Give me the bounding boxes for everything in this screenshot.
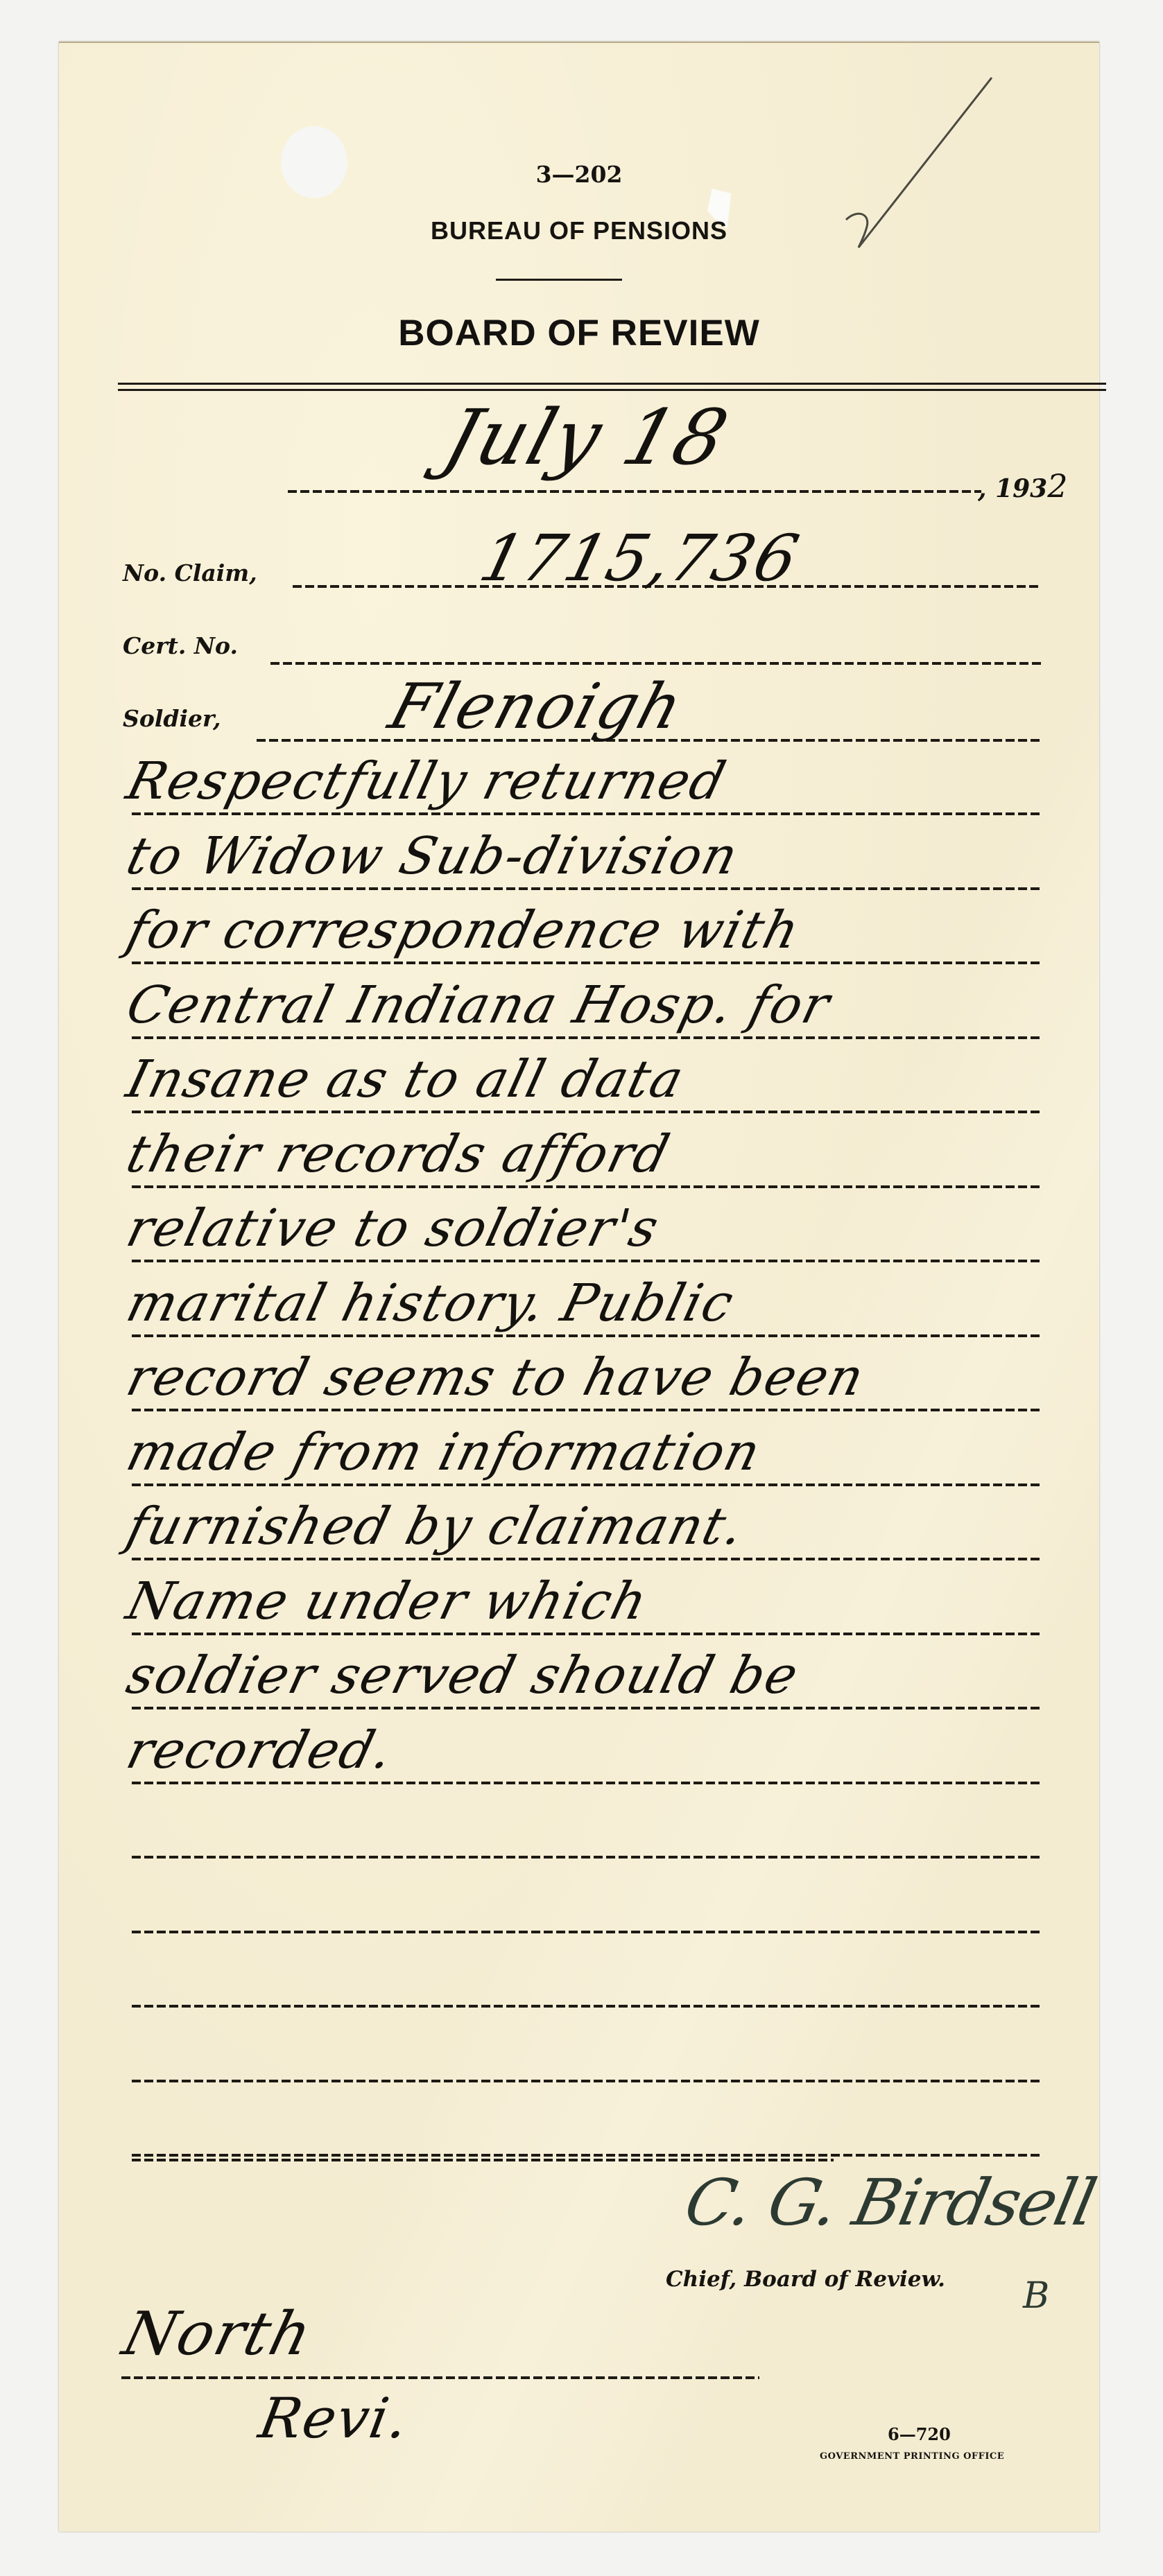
soldier-name-field[interactable]: Flenoigh xyxy=(381,670,691,743)
ruled-line xyxy=(132,812,1042,815)
footer-line xyxy=(121,2376,759,2379)
ruled-line xyxy=(132,1633,1042,1635)
signature-line xyxy=(132,2159,834,2161)
remarks-line: for correspondence with xyxy=(121,900,806,960)
ruled-line xyxy=(132,2154,1042,2157)
form-code: 6—720 xyxy=(888,2424,951,2444)
year-prefix: , 193 xyxy=(978,474,1047,503)
form-number: 3—202 xyxy=(59,161,1099,188)
footer-note-north: North xyxy=(117,2299,320,2369)
claim-number-field[interactable]: 1715,736 xyxy=(473,521,807,595)
remarks-line: Respectfully returned xyxy=(121,751,732,811)
bureau-heading: BUREAU OF PENSIONS xyxy=(59,216,1099,245)
remarks-line: recorded. xyxy=(121,1721,399,1780)
signature: C. G. Birdsell xyxy=(679,2166,1101,2240)
cert-label: Cert. No. xyxy=(123,632,238,659)
remarks-line: furnished by claimant. xyxy=(121,1497,750,1556)
ruled-line xyxy=(132,1185,1042,1188)
remarks-line: Central Indiana Hosp. for xyxy=(121,975,836,1035)
remarks-line: soldier served should be xyxy=(121,1646,805,1705)
cert-line xyxy=(270,662,1042,665)
year-field: , 1932 xyxy=(978,467,1069,505)
remarks-line: Name under which xyxy=(121,1572,654,1631)
remarks-line: marital history. Public xyxy=(121,1273,740,1333)
remarks-line: their records afford xyxy=(121,1124,676,1184)
ruled-line xyxy=(132,1782,1042,1784)
ruled-line xyxy=(132,1483,1042,1486)
ruled-line xyxy=(132,1856,1042,1859)
year-digit[interactable]: 2 xyxy=(1047,467,1069,505)
ruled-line xyxy=(132,1334,1042,1337)
ruled-line xyxy=(132,1260,1042,1262)
ruled-line xyxy=(132,1409,1042,1411)
ruled-line xyxy=(132,1931,1042,1933)
ruled-line xyxy=(132,1558,1042,1560)
ruled-line xyxy=(132,2005,1042,2008)
remarks-line: record seems to have been xyxy=(121,1348,870,1407)
divider xyxy=(496,279,622,281)
claim-label: No. Claim, xyxy=(123,559,257,586)
footer-note-revi: Revi. xyxy=(255,2386,414,2451)
date-line xyxy=(288,490,981,493)
pension-review-form: 3—202 BUREAU OF PENSIONS BOARD OF REVIEW… xyxy=(59,42,1099,2532)
page-title: BOARD OF REVIEW xyxy=(59,312,1099,354)
initial-mark: B xyxy=(1023,2275,1049,2317)
printer-imprint: GOVERNMENT PRINTING OFFICE xyxy=(820,2451,1004,2462)
ruled-line xyxy=(132,2080,1042,2082)
double-divider xyxy=(118,383,1106,391)
remarks-line: to Widow Sub-division xyxy=(121,826,745,886)
ruled-line xyxy=(132,887,1042,890)
signature-title: Chief, Board of Review. xyxy=(666,2267,945,2292)
soldier-label: Soldier, xyxy=(123,705,221,732)
ruled-line xyxy=(132,1707,1042,1709)
remarks-line: Insane as to all data xyxy=(121,1050,690,1109)
remarks-line: made from information xyxy=(121,1422,767,1482)
ruled-line xyxy=(132,1036,1042,1039)
ruled-line xyxy=(132,961,1042,964)
date-field[interactable]: July 18 xyxy=(435,393,739,482)
remarks-line: relative to soldier's xyxy=(121,1199,665,1258)
ruled-line xyxy=(132,1111,1042,1113)
